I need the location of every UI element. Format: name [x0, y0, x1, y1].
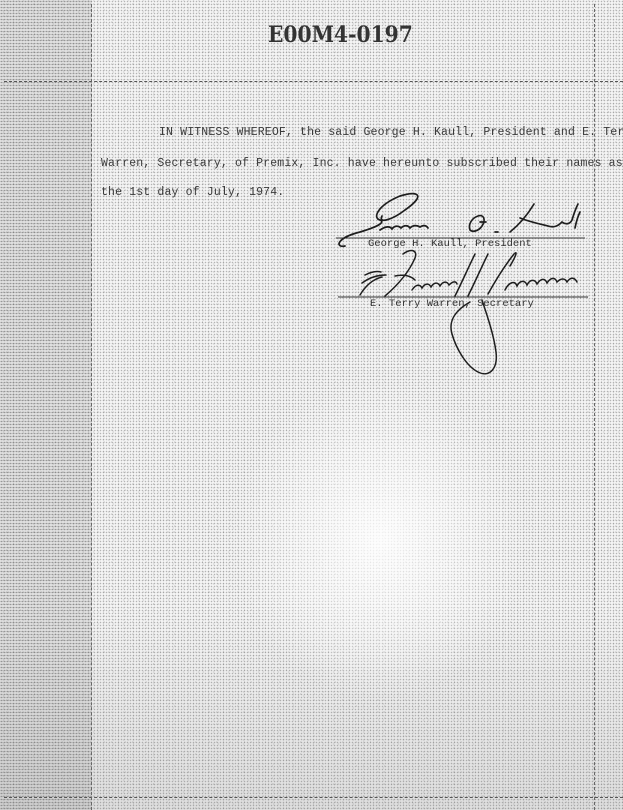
signature-warren	[360, 251, 577, 374]
signature-caption-president: George H. Kaull, President	[368, 238, 532, 250]
signatures-drawing	[0, 0, 623, 810]
signature-caption-secretary: E. Terry Warren, Secretary	[370, 298, 534, 310]
